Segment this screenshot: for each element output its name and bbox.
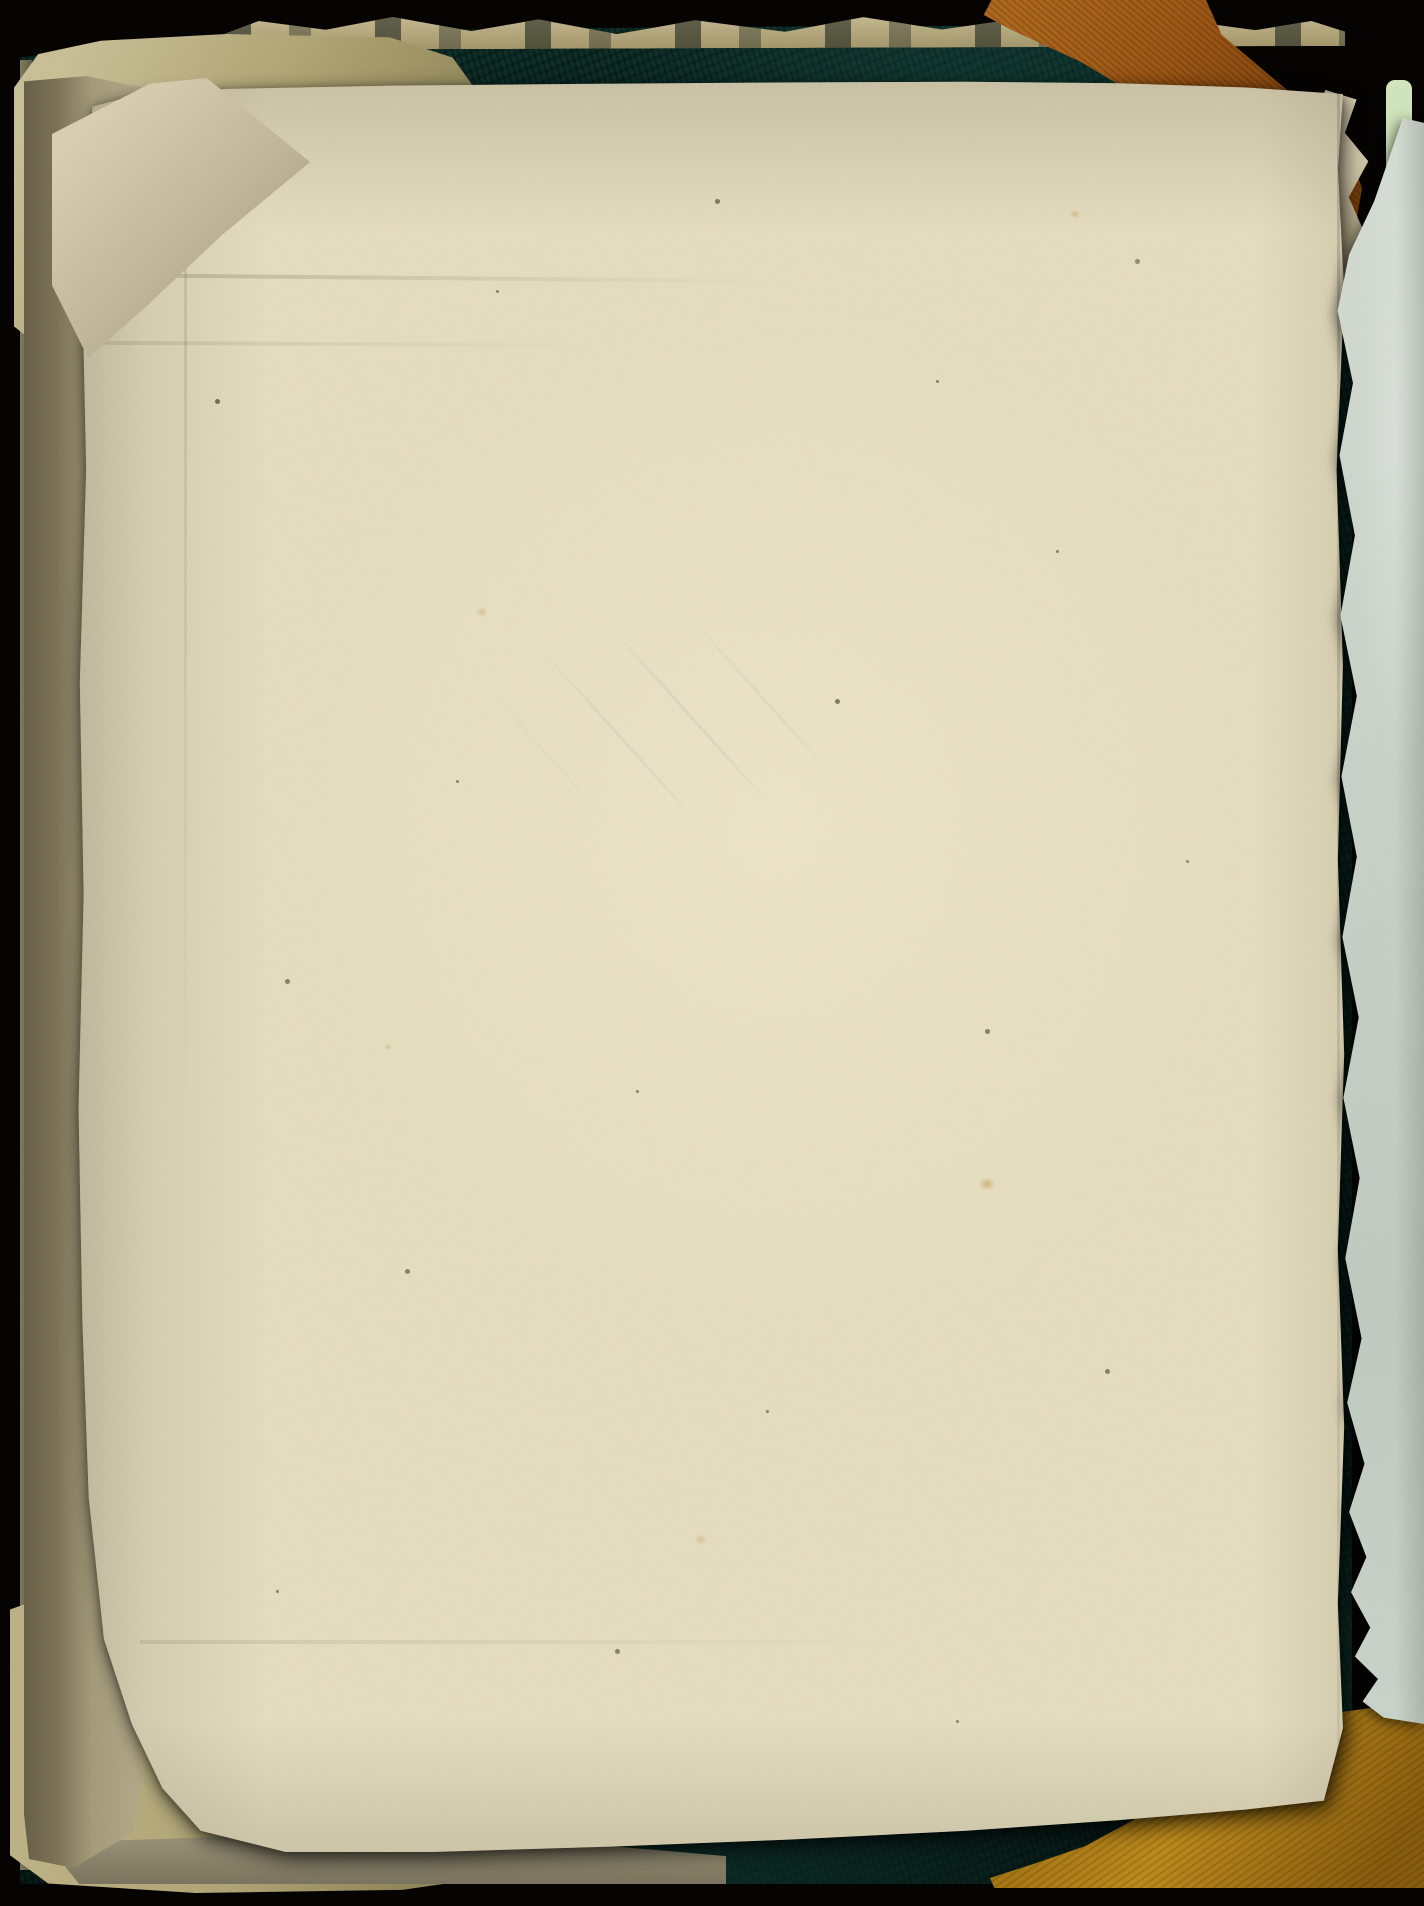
fragment-shadow-wrap <box>0 0 1424 1906</box>
torn-endpaper-fragment-right <box>1328 118 1424 1724</box>
book-scan <box>0 0 1424 1906</box>
